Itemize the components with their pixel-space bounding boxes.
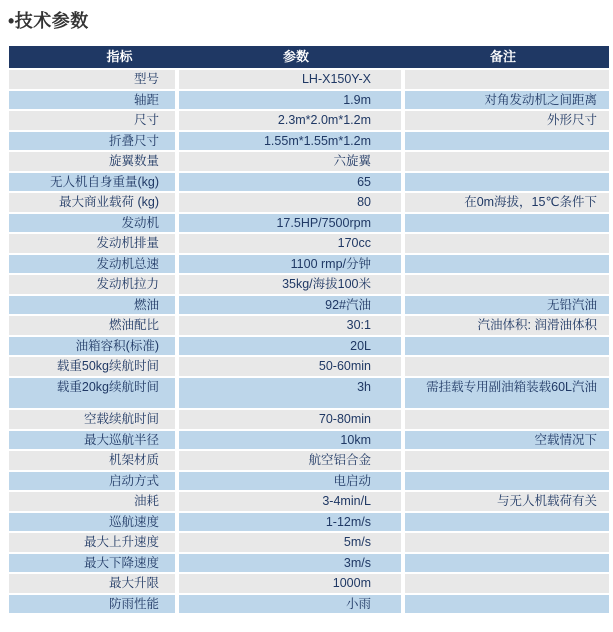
indicator-cell: 巡航速度 [9,513,175,532]
parameter-cell: 1.55m*1.55m*1.2m [179,132,401,151]
remark-cell: 汽油体积: 润滑油体积 [405,316,609,335]
parameter-cell: 小雨 [179,595,401,614]
parameter-cell: 30:1 [179,316,401,335]
parameter-cell: 1-12m/s [179,513,401,532]
parameter-cell: 2.3m*2.0m*1.2m [179,111,401,130]
parameter-cell: 3m/s [179,554,401,573]
remark-cell: 在0m海拔，15℃条件下 [405,193,609,212]
indicator-cell: 载重50kg续航时间 [9,357,175,376]
parameter-cell: 17.5HP/7500rpm [179,214,401,233]
remark-cell [405,533,609,552]
table-row: 旋翼数量 六旋翼 [9,152,609,171]
remark-cell [405,255,609,274]
indicator-cell: 折叠尺寸 [9,132,175,151]
table-row: 空载续航时间 70-80min [9,410,609,429]
table-row: 燃油 92#汽油 无铅汽油 [9,296,609,315]
table-row: 最大商业载荷 (kg) 80 在0m海拔，15℃条件下 [9,193,609,212]
remark-cell [405,132,609,151]
page-title: •技术参数 [8,7,613,33]
remark-cell [405,574,609,593]
remark-cell: 对角发动机之间距离 [405,91,609,110]
remark-cell [405,152,609,171]
table-row: 折叠尺寸 1.55m*1.55m*1.2m [9,132,609,151]
table-row: 轴距 1.9m 对角发动机之间距离 [9,91,609,110]
remark-cell: 需挂载专用副油箱装载60L汽油 [405,378,609,409]
table-row: 无人机自身重量(kg) 65 [9,173,609,192]
table-row: 最大下降速度 3m/s [9,554,609,573]
parameter-cell: 1.9m [179,91,401,110]
remark-cell [405,595,609,614]
indicator-cell: 无人机自身重量(kg) [9,173,175,192]
indicator-cell: 发动机排量 [9,234,175,253]
table-row: 燃油配比 30:1 汽油体积: 润滑油体积 [9,316,609,335]
table-row: 防雨性能 小雨 [9,595,609,614]
parameter-cell: 航空铝合金 [179,451,401,470]
remark-cell: 外形尺寸 [405,111,609,130]
table-row: 最大巡航半径 10km 空载情况下 [9,431,609,450]
parameter-cell: 3-4min/L [179,492,401,511]
indicator-cell: 油箱容积(标准) [9,337,175,356]
table-header-row: 指标 参数 备注 [9,46,609,68]
indicator-cell: 防雨性能 [9,595,175,614]
parameter-cell: 5m/s [179,533,401,552]
table-row: 启动方式 电启动 [9,472,609,491]
indicator-cell: 旋翼数量 [9,152,175,171]
table-row: 最大上升速度 5m/s [9,533,609,552]
remark-cell [405,472,609,491]
parameter-cell: 35kg/海拔100米 [179,275,401,294]
remark-cell [405,275,609,294]
table-row: 最大升限 1000m [9,574,609,593]
indicator-cell: 最大升限 [9,574,175,593]
parameter-cell: 3h [179,378,401,409]
parameter-cell: 170cc [179,234,401,253]
table-row: 发动机 17.5HP/7500rpm [9,214,609,233]
remark-cell [405,337,609,356]
indicator-cell: 发动机 [9,214,175,233]
remark-cell [405,214,609,233]
spec-table: 指标 参数 备注 型号 LH-X150Y-X 轴距 1.9m 对角发动机之间距离… [9,46,609,613]
table-row: 尺寸 2.3m*2.0m*1.2m 外形尺寸 [9,111,609,130]
indicator-cell: 发动机拉力 [9,275,175,294]
indicator-cell: 空载续航时间 [9,410,175,429]
parameter-cell: 1000m [179,574,401,593]
indicator-cell: 机架材质 [9,451,175,470]
remark-cell [405,173,609,192]
parameter-cell: 50-60min [179,357,401,376]
indicator-cell: 发动机总速 [9,255,175,274]
indicator-cell: 最大商业载荷 (kg) [9,193,175,212]
remark-cell [405,554,609,573]
indicator-cell: 最大巡航半径 [9,431,175,450]
remark-cell [405,513,609,532]
remark-cell: 无铅汽油 [405,296,609,315]
indicator-cell: 燃油配比 [9,316,175,335]
table-row: 油耗 3-4min/L 与无人机载荷有关 [9,492,609,511]
parameter-cell: 70-80min [179,410,401,429]
table-row: 巡航速度 1-12m/s [9,513,609,532]
indicator-cell: 轴距 [9,91,175,110]
table-row: 发动机总速 1100 rmp/分钟 [9,255,609,274]
column-header-parameter: 参数 [175,46,397,68]
indicator-cell: 燃油 [9,296,175,315]
parameter-cell: 80 [179,193,401,212]
parameter-cell: 1100 rmp/分钟 [179,255,401,274]
remark-cell [405,451,609,470]
parameter-cell: 六旋翼 [179,152,401,171]
table-row: 机架材质 航空铝合金 [9,451,609,470]
table-row: 型号 LH-X150Y-X [9,70,609,89]
table-row: 载重50kg续航时间 50-60min [9,357,609,376]
remark-cell [405,70,609,89]
parameter-cell: LH-X150Y-X [179,70,401,89]
indicator-cell: 最大下降速度 [9,554,175,573]
remark-cell [405,410,609,429]
indicator-cell: 最大上升速度 [9,533,175,552]
indicator-cell: 载重20kg续航时间 [9,378,175,409]
indicator-cell: 油耗 [9,492,175,511]
table-body: 型号 LH-X150Y-X 轴距 1.9m 对角发动机之间距离 尺寸 2.3m*… [9,70,609,613]
remark-cell [405,234,609,253]
page: •技术参数 指标 参数 备注 型号 LH-X150Y-X 轴距 1.9m 对角发… [0,0,613,632]
table-row: 载重20kg续航时间 3h 需挂载专用副油箱装载60L汽油 [9,378,609,409]
table-row: 发动机排量 170cc [9,234,609,253]
indicator-cell: 启动方式 [9,472,175,491]
parameter-cell: 20L [179,337,401,356]
indicator-cell: 型号 [9,70,175,89]
table-row: 发动机拉力 35kg/海拔100米 [9,275,609,294]
table-row: 油箱容积(标准) 20L [9,337,609,356]
parameter-cell: 92#汽油 [179,296,401,315]
remark-cell: 与无人机载荷有关 [405,492,609,511]
parameter-cell: 10km [179,431,401,450]
column-header-remark: 备注 [397,46,609,68]
parameter-cell: 电启动 [179,472,401,491]
remark-cell: 空载情况下 [405,431,609,450]
column-header-indicator: 指标 [9,46,175,68]
parameter-cell: 65 [179,173,401,192]
indicator-cell: 尺寸 [9,111,175,130]
remark-cell [405,357,609,376]
